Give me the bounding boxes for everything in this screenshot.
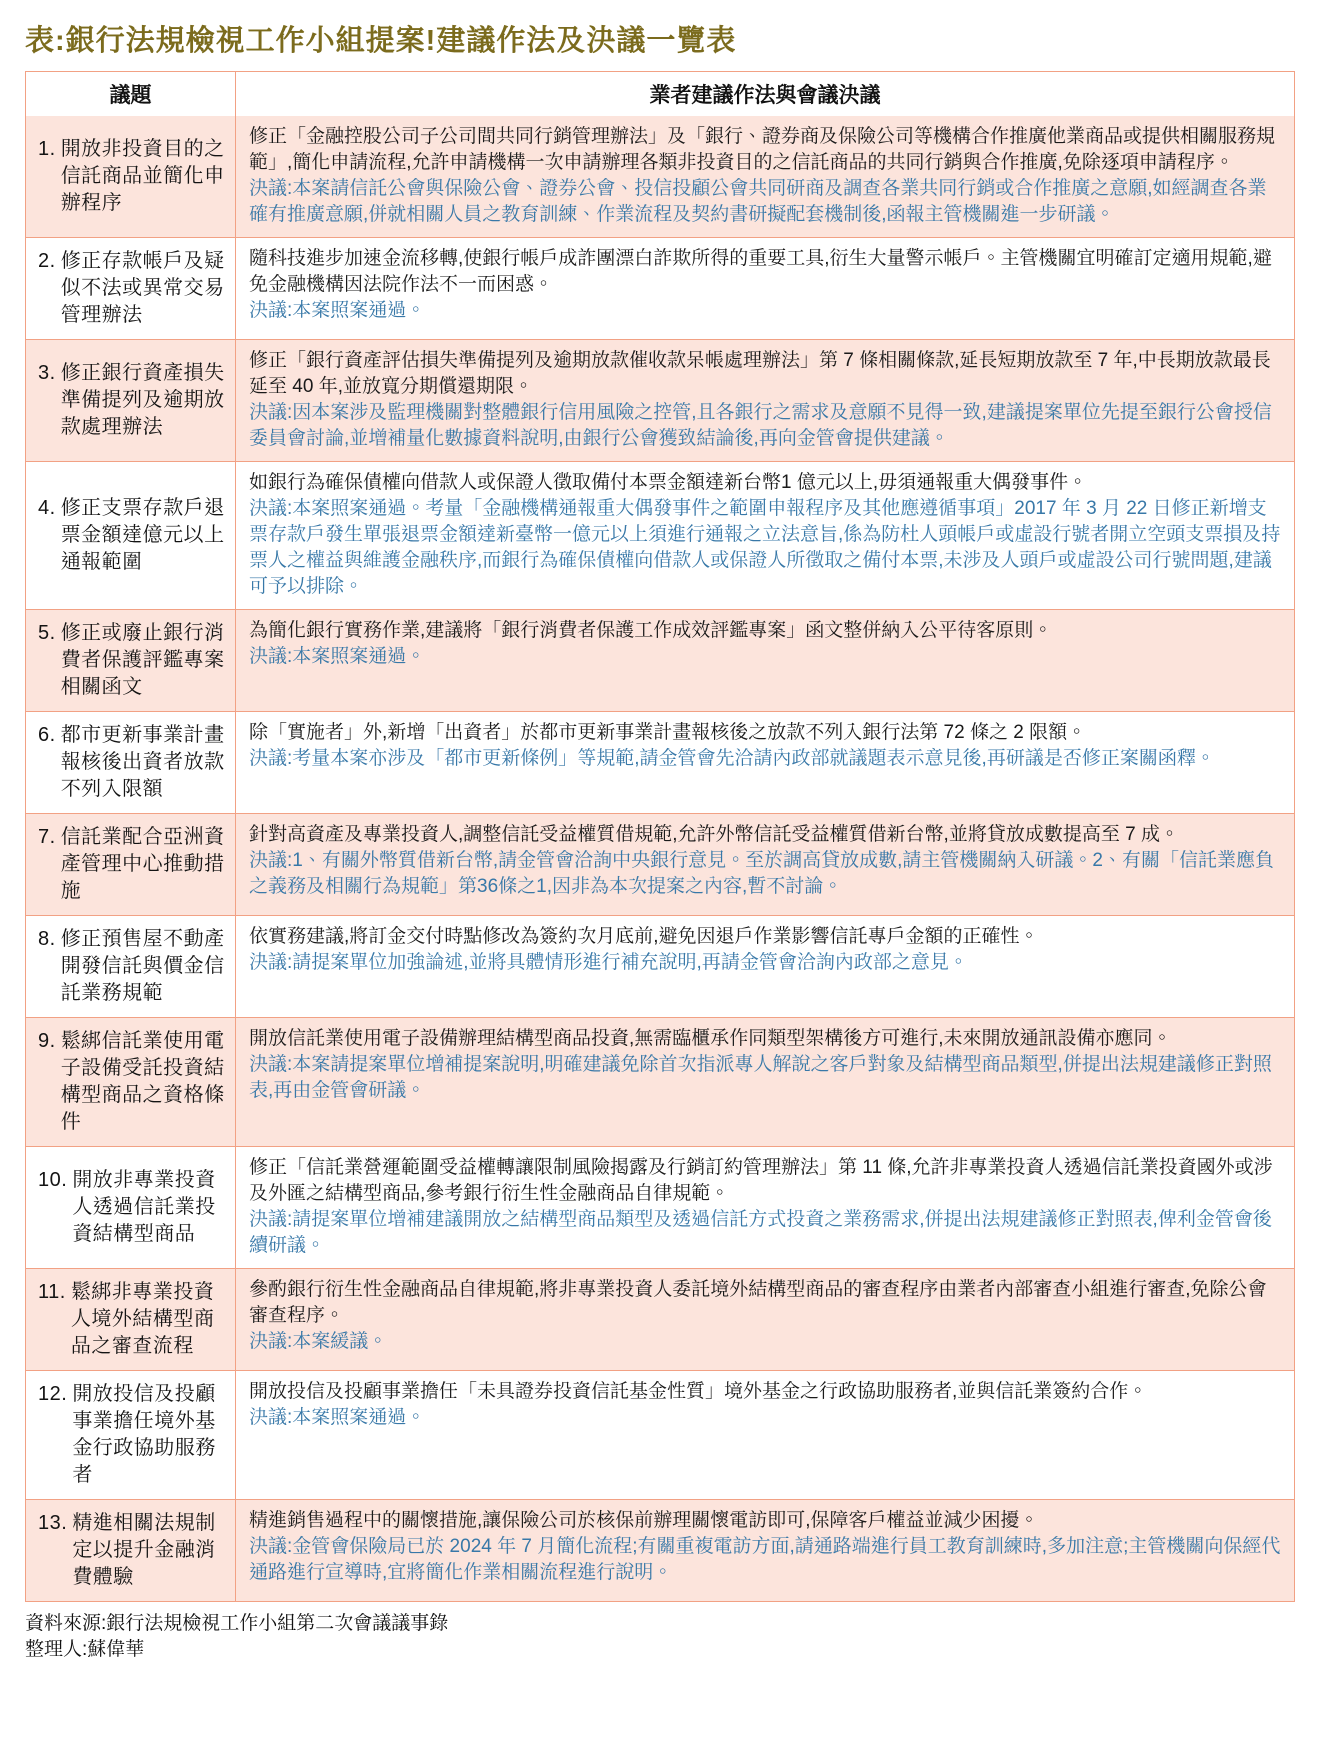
content-cell: 針對高資產及專業投資人,調整信託受益權質借規範,允許外幣信託受益權質借新台幣,並… — [236, 814, 1294, 915]
content-cell: 為簡化銀行實務作業,建議將「銀行消費者保護工作成效評鑑專案」函文整併納入公平待客… — [236, 610, 1294, 711]
topic-number: 10. — [38, 1167, 72, 1194]
table-row: 12. 開放投信及投顧事業擔任境外基金行政協助服務者 開放投信及投顧事業擔任「未… — [26, 1370, 1294, 1499]
topic-label: 開放投信及投顧事業擔任境外基金行政協助服務者 — [72, 1381, 227, 1489]
content-cell: 開放投信及投顧事業擔任「未具證券投資信託基金性質」境外基金之行政協助服務者,並與… — [236, 1371, 1294, 1499]
proposal-text: 隨科技進步加速金流移轉,使銀行帳戶成詐團漂白詐欺所得的重要工具,衍生大量警示帳戶… — [249, 246, 1282, 298]
decision-text: 決議:本案緩議。 — [249, 1329, 1282, 1355]
topic-cell: 1. 開放非投資目的之信託商品並簡化申辦程序 — [26, 116, 236, 237]
content-cell: 修正「信託業營運範圍受益權轉讓限制風險揭露及行銷訂約管理辦法」第 11 條,允許… — [236, 1147, 1294, 1268]
topic-text: 13. 精進相關法規制定以提升金融消費體驗 — [38, 1510, 227, 1591]
topic-cell: 3. 修正銀行資產損失準備提列及逾期放款處理辦法 — [26, 340, 236, 461]
table-row: 10. 開放非專業投資人透過信託業投資結構型商品 修正「信託業營運範圍受益權轉讓… — [26, 1146, 1294, 1268]
table-row: 5. 修正或廢止銀行消費者保護評鑑專案相關函文 為簡化銀行實務作業,建議將「銀行… — [26, 609, 1294, 711]
topic-label: 修正預售屋不動產開發信託與價金信託業務規範 — [61, 926, 227, 1007]
decision-text: 決議:本案照案通過。 — [249, 298, 1282, 324]
topic-text: 6. 都市更新事業計畫報核後出資者放款不列入限額 — [38, 722, 227, 803]
header-content-label: 業者建議作法與會議決議 — [650, 79, 881, 109]
footer-source: 資料來源:銀行法規檢視工作小組第二次會議議事錄 — [25, 1611, 1295, 1637]
proposals-table: 議題 業者建議作法與會議決議 1. 開放非投資目的之信託商品並簡化申辦程序 修正… — [25, 71, 1295, 1602]
page-title: 表:銀行法規檢視工作小組提案!建議作法及決議一覽表 — [25, 18, 1295, 59]
topic-number: 7. — [38, 824, 61, 851]
table-row: 11. 鬆綁非專業投資人境外結構型商品之審查流程 參酌銀行衍生性金融商品自律規範… — [26, 1268, 1294, 1370]
content-cell: 修正「金融控股公司子公司間共同行銷管理辦法」及「銀行、證券商及保險公司等機構合作… — [236, 116, 1294, 237]
topic-text: 10. 開放非專業投資人透過信託業投資結構型商品 — [38, 1167, 227, 1248]
topic-cell: 9. 鬆綁信託業使用電子設備受託投資結構型商品之資格條件 — [26, 1018, 236, 1146]
topic-number: 4. — [38, 495, 61, 522]
table-row: 7. 信託業配合亞洲資產管理中心推動措施 針對高資產及專業投資人,調整信託受益權… — [26, 813, 1294, 915]
proposal-text: 參酌銀行衍生性金融商品自律規範,將非專業投資人委託境外結構型商品的審查程序由業者… — [249, 1277, 1282, 1329]
topic-text: 5. 修正或廢止銀行消費者保護評鑑專案相關函文 — [38, 620, 227, 701]
content-cell: 如銀行為確保債權向借款人或保證人徵取備付本票金額達新台幣1 億元以上,毋須通報重… — [236, 462, 1294, 609]
topic-label: 信託業配合亞洲資產管理中心推動措施 — [61, 824, 227, 905]
topic-label: 精進相關法規制定以提升金融消費體驗 — [72, 1510, 227, 1591]
topic-number: 12. — [38, 1381, 72, 1408]
topic-label: 都市更新事業計畫報核後出資者放款不列入限額 — [61, 722, 227, 803]
header-content: 業者建議作法與會議決議 — [236, 72, 1294, 116]
topic-number: 13. — [38, 1510, 72, 1537]
header-topic: 議題 — [26, 72, 236, 116]
page: 表:銀行法規檢視工作小組提案!建議作法及決議一覽表 議題 業者建議作法與會議決議… — [0, 0, 1320, 1737]
decision-text: 決議:請提案單位加強論述,並將具體情形進行補充說明,再請金管會洽詢內政部之意見。 — [249, 950, 1282, 976]
topic-cell: 10. 開放非專業投資人透過信託業投資結構型商品 — [26, 1147, 236, 1268]
topic-text: 8. 修正預售屋不動產開發信託與價金信託業務規範 — [38, 926, 227, 1007]
topic-text: 3. 修正銀行資產損失準備提列及逾期放款處理辦法 — [38, 360, 227, 441]
topic-cell: 12. 開放投信及投顧事業擔任境外基金行政協助服務者 — [26, 1371, 236, 1499]
content-cell: 除「實施者」外,新增「出資者」於都市更新事業計畫報核後之放款不列入銀行法第 72… — [236, 712, 1294, 813]
table-row: 4. 修正支票存款戶退票金額達億元以上通報範圍 如銀行為確保債權向借款人或保證人… — [26, 461, 1294, 609]
decision-text: 決議:本案請信託公會與保險公會、證券公會、投信投顧公會共同研商及調查各業共同行銷… — [249, 176, 1282, 228]
topic-cell: 4. 修正支票存款戶退票金額達億元以上通報範圍 — [26, 462, 236, 609]
decision-text: 決議:因本案涉及監理機關對整體銀行信用風險之控管,且各銀行之需求及意願不見得一致… — [249, 400, 1282, 452]
proposal-text: 為簡化銀行實務作業,建議將「銀行消費者保護工作成效評鑑專案」函文整併納入公平待客… — [249, 618, 1282, 644]
content-cell: 隨科技進步加速金流移轉,使銀行帳戶成詐團漂白詐欺所得的重要工具,衍生大量警示帳戶… — [236, 238, 1294, 339]
decision-text: 決議:本案照案通過。 — [249, 644, 1282, 670]
proposal-text: 開放信託業使用電子設備辦理結構型商品投資,無需臨櫃承作同類型架構後方可進行,未來… — [249, 1026, 1282, 1052]
topic-text: 1. 開放非投資目的之信託商品並簡化申辦程序 — [38, 136, 227, 217]
footer-editor: 整理人:蘇偉華 — [25, 1637, 1295, 1663]
decision-text: 決議:本案照案通過。考量「金融機構通報重大偶發事件之範圍申報程序及其他應遵循事項… — [249, 496, 1282, 600]
proposal-text: 修正「銀行資產評估損失準備提列及逾期放款催收款呆帳處理辦法」第 7 條相關條款,… — [249, 348, 1282, 400]
topic-label: 修正支票存款戶退票金額達億元以上通報範圍 — [61, 495, 227, 576]
topic-text: 4. 修正支票存款戶退票金額達億元以上通報範圍 — [38, 495, 227, 576]
proposal-text: 修正「金融控股公司子公司間共同行銷管理辦法」及「銀行、證券商及保險公司等機構合作… — [249, 124, 1282, 176]
proposal-text: 如銀行為確保債權向借款人或保證人徵取備付本票金額達新台幣1 億元以上,毋須通報重… — [249, 470, 1282, 496]
topic-label: 修正或廢止銀行消費者保護評鑑專案相關函文 — [61, 620, 227, 701]
topic-label: 修正存款帳戶及疑似不法或異常交易管理辦法 — [61, 248, 227, 329]
topic-label: 鬆綁信託業使用電子設備受託投資結構型商品之資格條件 — [61, 1028, 227, 1136]
topic-number: 1. — [38, 136, 61, 163]
topic-cell: 5. 修正或廢止銀行消費者保護評鑑專案相關函文 — [26, 610, 236, 711]
topic-text: 11. 鬆綁非專業投資人境外結構型商品之審查流程 — [38, 1279, 227, 1360]
topic-text: 2. 修正存款帳戶及疑似不法或異常交易管理辦法 — [38, 248, 227, 329]
topic-label: 修正銀行資產損失準備提列及逾期放款處理辦法 — [61, 360, 227, 441]
table-row: 6. 都市更新事業計畫報核後出資者放款不列入限額 除「實施者」外,新增「出資者」… — [26, 711, 1294, 813]
decision-text: 決議:1、有關外幣質借新台幣,請金管會洽詢中央銀行意見。至於調高貸放成數,請主管… — [249, 848, 1282, 900]
decision-text: 決議:金管會保險局已於 2024 年 7 月簡化流程;有關重複電訪方面,請通路端… — [249, 1534, 1282, 1586]
topic-label: 開放非專業投資人透過信託業投資結構型商品 — [72, 1167, 227, 1248]
content-cell: 精進銷售過程中的關懷措施,讓保險公司於核保前辦理關懷電訪即可,保障客戶權益並減少… — [236, 1500, 1294, 1601]
topic-text: 9. 鬆綁信託業使用電子設備受託投資結構型商品之資格條件 — [38, 1028, 227, 1136]
topic-text: 7. 信託業配合亞洲資產管理中心推動措施 — [38, 824, 227, 905]
proposal-text: 開放投信及投顧事業擔任「未具證券投資信託基金性質」境外基金之行政協助服務者,並與… — [249, 1379, 1282, 1405]
table-row: 9. 鬆綁信託業使用電子設備受託投資結構型商品之資格條件 開放信託業使用電子設備… — [26, 1017, 1294, 1146]
topic-label: 鬆綁非專業投資人境外結構型商品之審查流程 — [71, 1279, 227, 1360]
table-row: 3. 修正銀行資產損失準備提列及逾期放款處理辦法 修正「銀行資產評估損失準備提列… — [26, 339, 1294, 461]
proposal-text: 依實務建議,將訂金交付時點修改為簽約次月底前,避免因退戶作業影響信託專戶金額的正… — [249, 924, 1282, 950]
content-cell: 開放信託業使用電子設備辦理結構型商品投資,無需臨櫃承作同類型架構後方可進行,未來… — [236, 1018, 1294, 1146]
topic-cell: 8. 修正預售屋不動產開發信託與價金信託業務規範 — [26, 916, 236, 1017]
content-cell: 修正「銀行資產評估損失準備提列及逾期放款催收款呆帳處理辦法」第 7 條相關條款,… — [236, 340, 1294, 461]
proposal-text: 精進銷售過程中的關懷措施,讓保險公司於核保前辦理關懷電訪即可,保障客戶權益並減少… — [249, 1508, 1282, 1534]
decision-text: 決議:請提案單位增補建議開放之結構型商品類型及透過信託方式投資之業務需求,併提出… — [249, 1207, 1282, 1259]
decision-text: 決議:本案照案通過。 — [249, 1405, 1282, 1431]
topic-cell: 11. 鬆綁非專業投資人境外結構型商品之審查流程 — [26, 1269, 236, 1370]
table-body: 1. 開放非投資目的之信託商品並簡化申辦程序 修正「金融控股公司子公司間共同行銷… — [26, 116, 1294, 1601]
topic-number: 6. — [38, 722, 61, 749]
topic-number: 3. — [38, 360, 61, 387]
topic-number: 5. — [38, 620, 61, 647]
header-topic-label: 議題 — [110, 79, 152, 109]
topic-number: 8. — [38, 926, 61, 953]
topic-number: 2. — [38, 248, 61, 275]
proposal-text: 針對高資產及專業投資人,調整信託受益權質借規範,允許外幣信託受益權質借新台幣,並… — [249, 822, 1282, 848]
topic-cell: 7. 信託業配合亞洲資產管理中心推動措施 — [26, 814, 236, 915]
table-header-row: 議題 業者建議作法與會議決議 — [26, 72, 1294, 116]
table-row: 1. 開放非投資目的之信託商品並簡化申辦程序 修正「金融控股公司子公司間共同行銷… — [26, 116, 1294, 237]
topic-number: 11. — [38, 1279, 71, 1306]
content-cell: 參酌銀行衍生性金融商品自律規範,將非專業投資人委託境外結構型商品的審查程序由業者… — [236, 1269, 1294, 1370]
decision-text: 決議:考量本案亦涉及「都市更新條例」等規範,請金管會先洽請內政部就議題表示意見後… — [249, 746, 1282, 772]
topic-cell: 13. 精進相關法規制定以提升金融消費體驗 — [26, 1500, 236, 1601]
table-row: 2. 修正存款帳戶及疑似不法或異常交易管理辦法 隨科技進步加速金流移轉,使銀行帳… — [26, 237, 1294, 339]
decision-text: 決議:本案請提案單位增補提案說明,明確建議免除首次指派專人解說之客戶對象及結構型… — [249, 1052, 1282, 1104]
topic-label: 開放非投資目的之信託商品並簡化申辦程序 — [61, 136, 227, 217]
topic-cell: 2. 修正存款帳戶及疑似不法或異常交易管理辦法 — [26, 238, 236, 339]
proposal-text: 除「實施者」外,新增「出資者」於都市更新事業計畫報核後之放款不列入銀行法第 72… — [249, 720, 1282, 746]
footer: 資料來源:銀行法規檢視工作小組第二次會議議事錄 整理人:蘇偉華 — [25, 1611, 1295, 1663]
topic-number: 9. — [38, 1028, 61, 1055]
proposal-text: 修正「信託業營運範圍受益權轉讓限制風險揭露及行銷訂約管理辦法」第 11 條,允許… — [249, 1155, 1282, 1207]
topic-text: 12. 開放投信及投顧事業擔任境外基金行政協助服務者 — [38, 1381, 227, 1489]
topic-cell: 6. 都市更新事業計畫報核後出資者放款不列入限額 — [26, 712, 236, 813]
table-row: 13. 精進相關法規制定以提升金融消費體驗 精進銷售過程中的關懷措施,讓保險公司… — [26, 1499, 1294, 1601]
content-cell: 依實務建議,將訂金交付時點修改為簽約次月底前,避免因退戶作業影響信託專戶金額的正… — [236, 916, 1294, 1017]
table-row: 8. 修正預售屋不動產開發信託與價金信託業務規範 依實務建議,將訂金交付時點修改… — [26, 915, 1294, 1017]
